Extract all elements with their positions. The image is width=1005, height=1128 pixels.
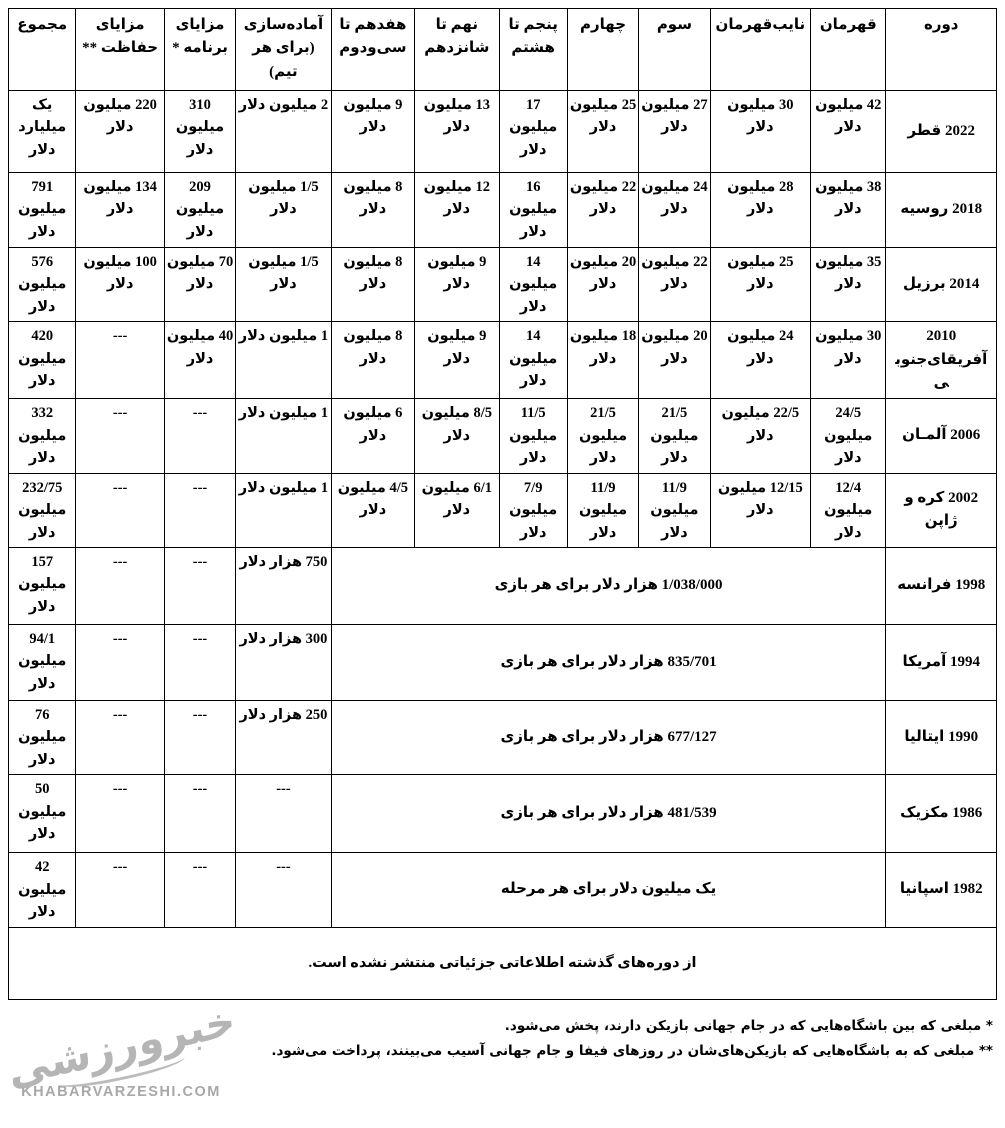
period-cell: 1998 فرانسه xyxy=(886,547,997,624)
value-cell: 12/15 میلیون دلار xyxy=(710,473,811,547)
table-row: 1982 اسپانیایک میلیون دلار برای هر مرحله… xyxy=(9,853,997,927)
value-cell: 50 میلیون دلار xyxy=(9,775,76,853)
value-cell: 76 میلیون دلار xyxy=(9,700,76,774)
value-cell: 1/5 میلیون دلار xyxy=(236,173,331,248)
value-cell: --- xyxy=(76,624,164,700)
value-cell: --- xyxy=(164,399,235,473)
value-cell: 42 میلیون دلار xyxy=(811,91,886,173)
value-cell: 11/5 میلیون دلار xyxy=(499,399,567,473)
value-cell: 22 میلیون دلار xyxy=(567,173,638,248)
value-cell: --- xyxy=(76,473,164,547)
header-cell: آماده‌سازی (برای هر تیم) xyxy=(236,9,331,91)
value-cell: --- xyxy=(76,322,164,399)
value-cell: 70 میلیون دلار xyxy=(164,248,235,322)
value-cell: 28 میلیون دلار xyxy=(710,173,811,248)
period-cell: 2014 برزیل xyxy=(886,248,997,322)
period-cell: 2002 کره و ژاپن xyxy=(886,473,997,547)
value-cell: 220 میلیون دلار xyxy=(76,91,164,173)
header-cell: نهم تا شانزدهم xyxy=(415,9,499,91)
header-cell: پنجم تا هشتم xyxy=(499,9,567,91)
value-cell: 8 میلیون دلار xyxy=(331,248,414,322)
value-cell: 13 میلیون دلار xyxy=(415,91,499,173)
value-cell: 25 میلیون دلار xyxy=(567,91,638,173)
value-cell: 12/4 میلیون دلار xyxy=(811,473,886,547)
table-row: 2018 روسیه38 میلیون دلار28 میلیون دلار24… xyxy=(9,173,997,248)
value-cell: 791 میلیون دلار xyxy=(9,173,76,248)
prize-table: دورهقهرماننایب‌قهرمانسومچهارمپنجم تا هشت… xyxy=(8,8,997,1000)
value-cell: --- xyxy=(76,700,164,774)
value-cell: --- xyxy=(76,775,164,853)
table-row: 2002 کره و ژاپن12/4 میلیون دلار12/15 میل… xyxy=(9,473,997,547)
value-cell: 14 میلیون دلار xyxy=(499,322,567,399)
header-cell: نایب‌قهرمان xyxy=(710,9,811,91)
value-cell: 11/9 میلیون دلار xyxy=(639,473,710,547)
header-cell: مجموع xyxy=(9,9,76,91)
per-game-fee-cell: یک میلیون دلار برای هر مرحله xyxy=(331,853,886,927)
per-game-fee-cell: 677/127 هزار دلار برای هر بازی xyxy=(331,700,886,774)
value-cell: 209 میلیون دلار xyxy=(164,173,235,248)
value-cell: --- xyxy=(236,853,331,927)
footnote-program: * مبلغی که بین باشگاه‌هایی که در جام جها… xyxy=(8,1014,993,1039)
period-cell: 1982 اسپانیا xyxy=(886,853,997,927)
period-cell: 2010 آفریقای‌جنوبی xyxy=(886,322,997,399)
table-row: 2014 برزیل35 میلیون دلار25 میلیون دلار22… xyxy=(9,248,997,322)
value-cell: 8/5 میلیون دلار xyxy=(415,399,499,473)
header-cell: مزایای حفاظت ** xyxy=(76,9,164,91)
value-cell: 250 هزار دلار xyxy=(236,700,331,774)
period-cell: 1990 ایتالیا xyxy=(886,700,997,774)
value-cell: 9 میلیون دلار xyxy=(415,322,499,399)
value-cell: 12 میلیون دلار xyxy=(415,173,499,248)
value-cell: --- xyxy=(76,547,164,624)
value-cell: --- xyxy=(164,775,235,853)
value-cell: 6 میلیون دلار xyxy=(331,399,414,473)
value-cell: 21/5 میلیون دلار xyxy=(639,399,710,473)
value-cell: 24 میلیون دلار xyxy=(710,322,811,399)
value-cell: 14 میلیون دلار xyxy=(499,248,567,322)
value-cell: 134 میلیون دلار xyxy=(76,173,164,248)
value-cell: 35 میلیون دلار xyxy=(811,248,886,322)
value-cell: --- xyxy=(164,700,235,774)
header-cell: سوم xyxy=(639,9,710,91)
value-cell: 11/9 میلیون دلار xyxy=(567,473,638,547)
header-cell: چهارم xyxy=(567,9,638,91)
value-cell: --- xyxy=(164,853,235,927)
header-cell: مزایای برنامه * xyxy=(164,9,235,91)
value-cell: 30 میلیون دلار xyxy=(710,91,811,173)
value-cell: 21/5 میلیون دلار xyxy=(567,399,638,473)
table-row: 2010 آفریقای‌جنوبی30 میلیون دلار24 میلیو… xyxy=(9,322,997,399)
note-cell: از دوره‌های گذشته اطلاعاتی جزئیاتی منتشر… xyxy=(9,927,997,999)
value-cell: 40 میلیون دلار xyxy=(164,322,235,399)
table-header-row: دورهقهرماننایب‌قهرمانسومچهارمپنجم تا هشت… xyxy=(9,9,997,91)
table-row: 1994 آمریکا835/701 هزار دلار برای هر باز… xyxy=(9,624,997,700)
footnotes: * مبلغی که بین باشگاه‌هایی که در جام جها… xyxy=(8,1000,997,1064)
table-row: از دوره‌های گذشته اطلاعاتی جزئیاتی منتشر… xyxy=(9,927,997,999)
value-cell: یک میلیارد دلار xyxy=(9,91,76,173)
period-cell: 1986 مکزیک xyxy=(886,775,997,853)
footnote-protection: ** مبلغی که به باشگاه‌هایی که بازیکن‌های… xyxy=(8,1039,993,1064)
table-body: 2022 قطر42 میلیون دلار30 میلیون دلار27 م… xyxy=(9,91,997,1000)
value-cell: --- xyxy=(236,775,331,853)
table-row: 1990 ایتالیا677/127 هزار دلار برای هر با… xyxy=(9,700,997,774)
value-cell: 4/5 میلیون دلار xyxy=(331,473,414,547)
value-cell: 18 میلیون دلار xyxy=(567,322,638,399)
value-cell: 30 میلیون دلار xyxy=(811,322,886,399)
value-cell: 16 میلیون دلار xyxy=(499,173,567,248)
value-cell: 6/1 میلیون دلار xyxy=(415,473,499,547)
value-cell: 22/5 میلیون دلار xyxy=(710,399,811,473)
value-cell: 94/1 میلیون دلار xyxy=(9,624,76,700)
value-cell: 24 میلیون دلار xyxy=(639,173,710,248)
table-row: 1998 فرانسه1/038/000 هزار دلار برای هر ب… xyxy=(9,547,997,624)
value-cell: --- xyxy=(164,473,235,547)
value-cell: 20 میلیون دلار xyxy=(567,248,638,322)
table-row: 1986 مکزیک481/539 هزار دلار برای هر بازی… xyxy=(9,775,997,853)
table-row: 2022 قطر42 میلیون دلار30 میلیون دلار27 م… xyxy=(9,91,997,173)
page: دورهقهرماننایب‌قهرمانسومچهارمپنجم تا هشت… xyxy=(0,0,1005,1072)
value-cell: 9 میلیون دلار xyxy=(415,248,499,322)
value-cell: 8 میلیون دلار xyxy=(331,173,414,248)
value-cell: 24/5 میلیون دلار xyxy=(811,399,886,473)
value-cell: 300 هزار دلار xyxy=(236,624,331,700)
value-cell: 420 میلیون دلار xyxy=(9,322,76,399)
header-cell: هفدهم تا سی‌ودوم xyxy=(331,9,414,91)
value-cell: 8 میلیون دلار xyxy=(331,322,414,399)
value-cell: 42 میلیون دلار xyxy=(9,853,76,927)
period-cell: 2022 قطر xyxy=(886,91,997,173)
value-cell: 22 میلیون دلار xyxy=(639,248,710,322)
header-cell: دوره xyxy=(886,9,997,91)
value-cell: 25 میلیون دلار xyxy=(710,248,811,322)
value-cell: 310 میلیون دلار xyxy=(164,91,235,173)
watermark-domain: KHABARVARZESHI.COM xyxy=(6,1084,236,1100)
table-row: 2006 آلمـان24/5 میلیون دلار22/5 میلیون د… xyxy=(9,399,997,473)
period-cell: 2018 روسیه xyxy=(886,173,997,248)
period-cell: 1994 آمریکا xyxy=(886,624,997,700)
value-cell: 27 میلیون دلار xyxy=(639,91,710,173)
value-cell: 332 میلیون دلار xyxy=(9,399,76,473)
period-cell: 2006 آلمـان xyxy=(886,399,997,473)
value-cell: 576 میلیون دلار xyxy=(9,248,76,322)
value-cell: --- xyxy=(76,853,164,927)
value-cell: 20 میلیون دلار xyxy=(639,322,710,399)
value-cell: 1 میلیون دلار xyxy=(236,322,331,399)
per-game-fee-cell: 1/038/000 هزار دلار برای هر بازی xyxy=(331,547,886,624)
value-cell: 7/9 میلیون دلار xyxy=(499,473,567,547)
value-cell: 100 میلیون دلار xyxy=(76,248,164,322)
per-game-fee-cell: 481/539 هزار دلار برای هر بازی xyxy=(331,775,886,853)
value-cell: 1 میلیون دلار xyxy=(236,399,331,473)
value-cell: 232/75 میلیون دلار xyxy=(9,473,76,547)
per-game-fee-cell: 835/701 هزار دلار برای هر بازی xyxy=(331,624,886,700)
value-cell: 1 میلیون دلار xyxy=(236,473,331,547)
value-cell: 750 هزار دلار xyxy=(236,547,331,624)
value-cell: 2 میلیون دلار xyxy=(236,91,331,173)
value-cell: 157 میلیون دلار xyxy=(9,547,76,624)
value-cell: --- xyxy=(164,624,235,700)
value-cell: 38 میلیون دلار xyxy=(811,173,886,248)
value-cell: 1/5 میلیون دلار xyxy=(236,248,331,322)
header-cell: قهرمان xyxy=(811,9,886,91)
value-cell: 17 میلیون دلار xyxy=(499,91,567,173)
value-cell: --- xyxy=(164,547,235,624)
value-cell: --- xyxy=(76,399,164,473)
value-cell: 9 میلیون دلار xyxy=(331,91,414,173)
